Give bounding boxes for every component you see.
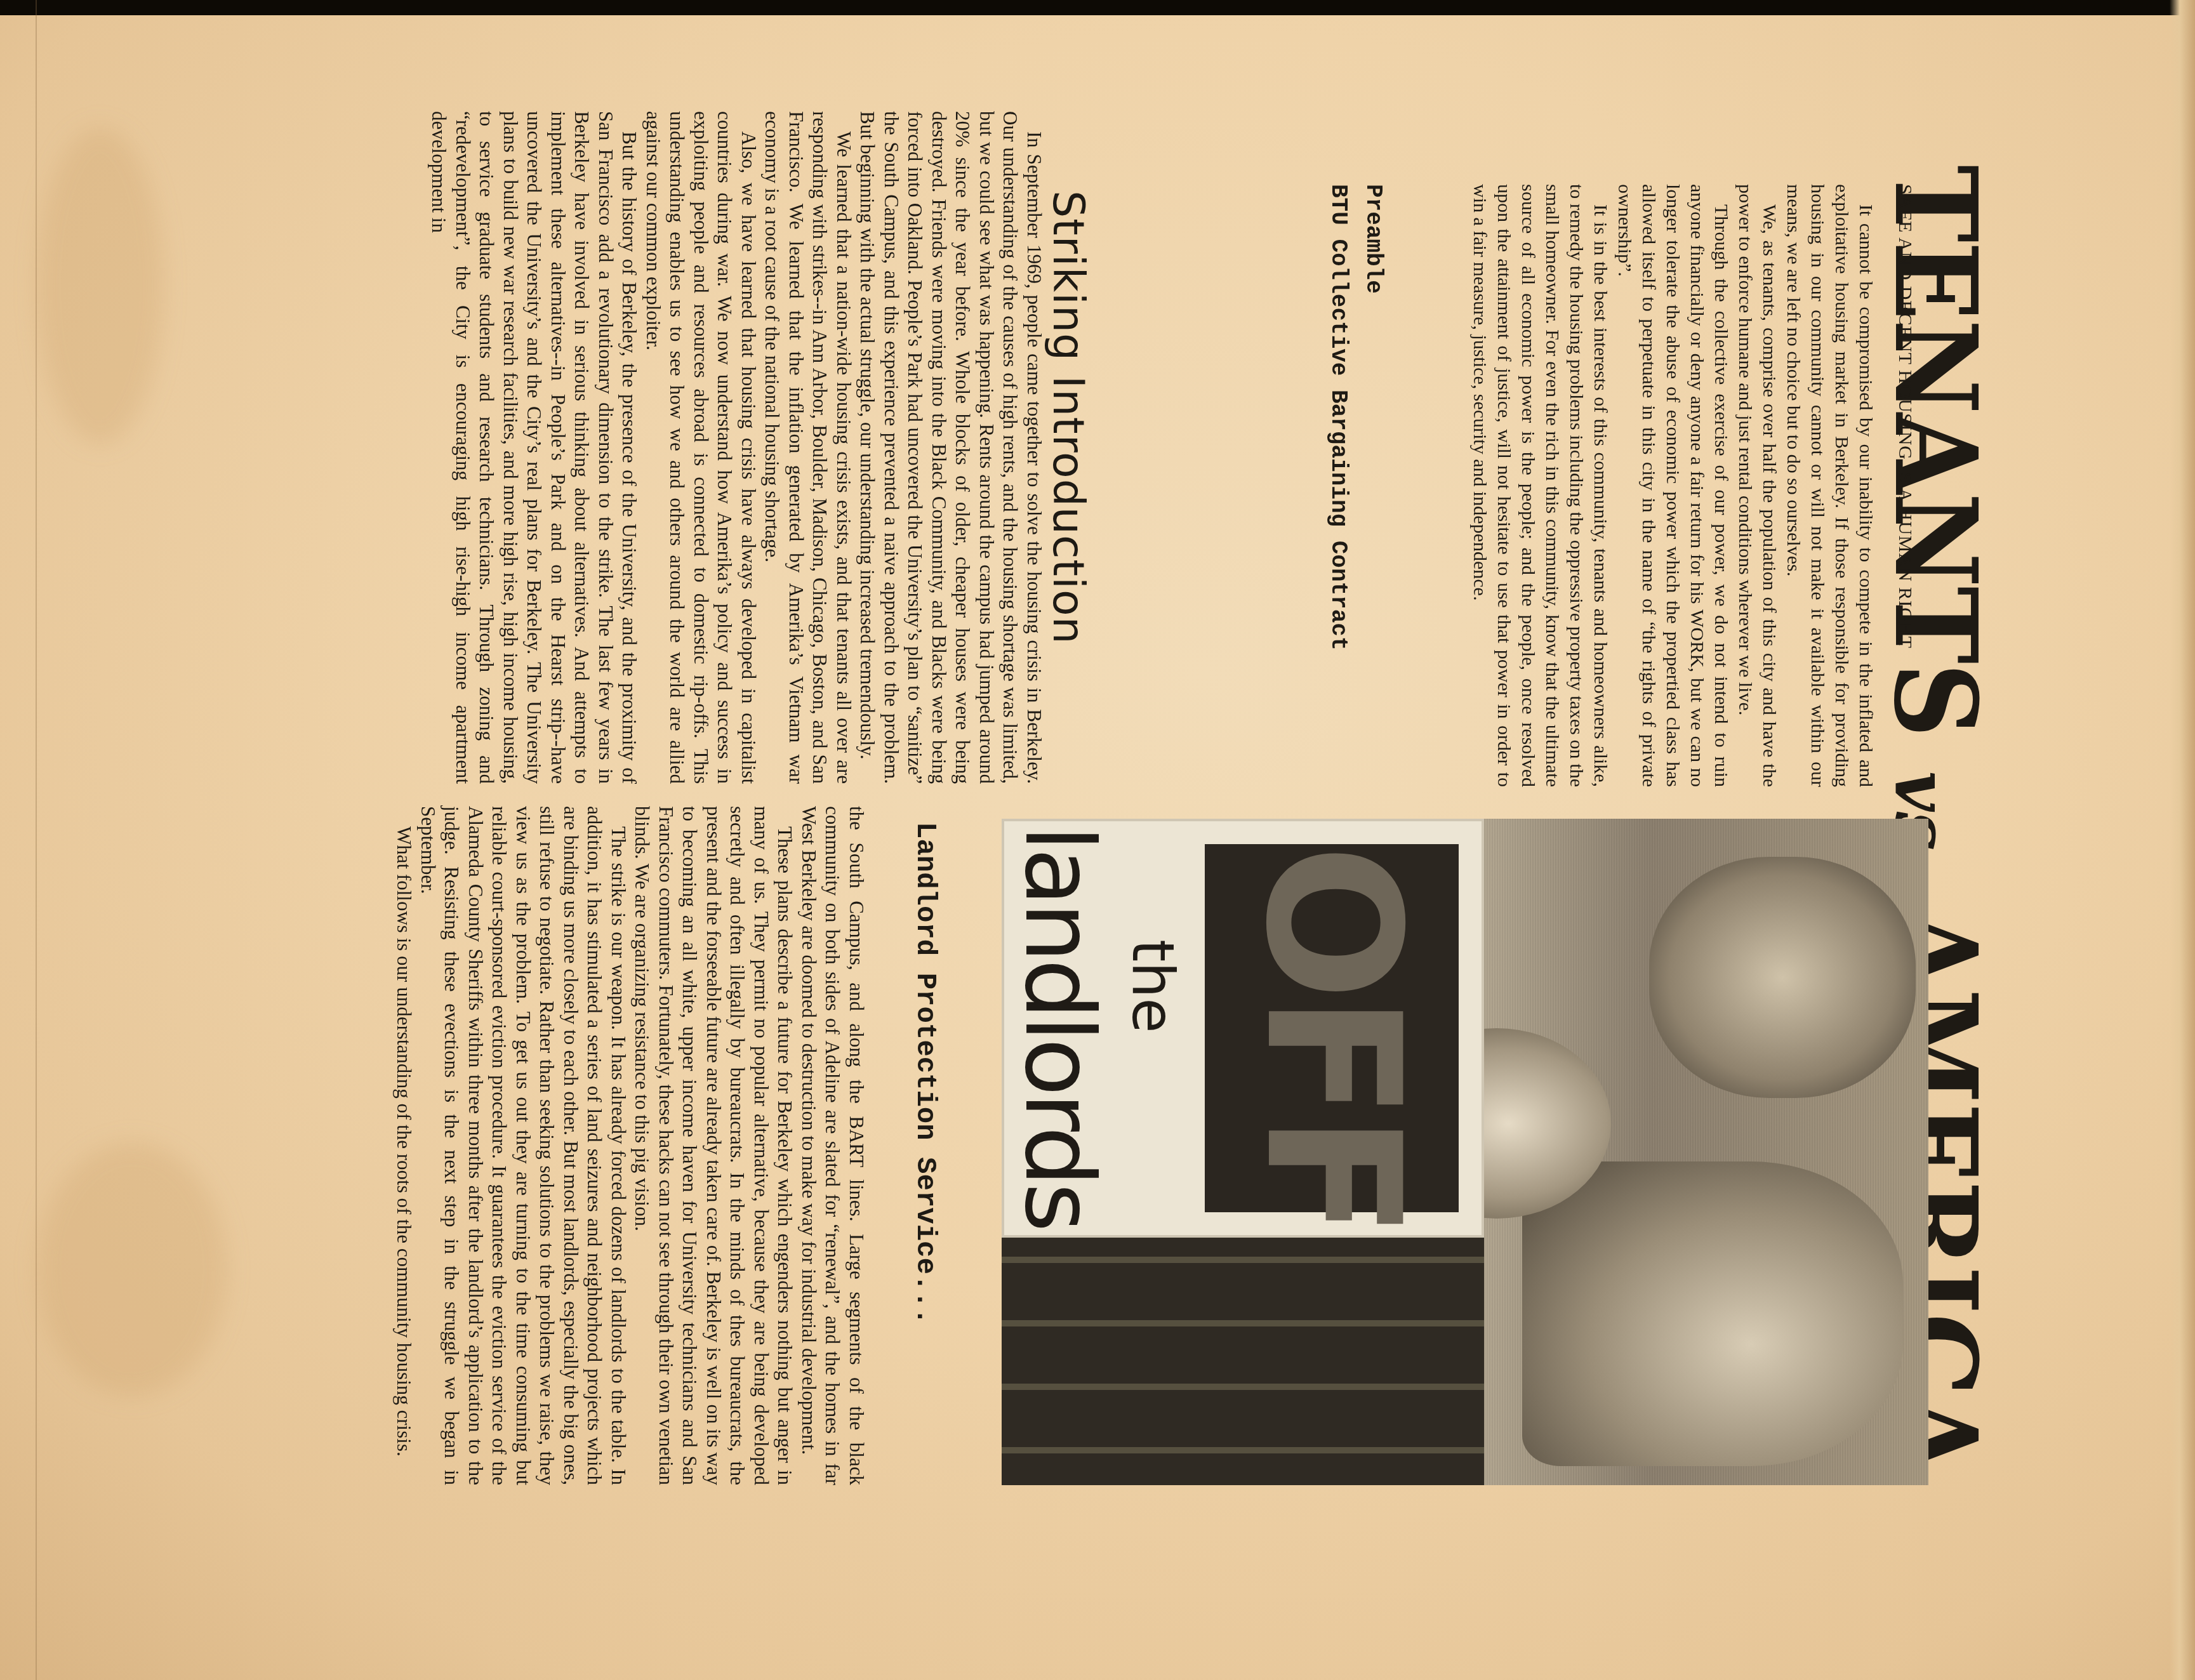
preamble-body: It cannot be compromised by our inabilit… [1468,184,1878,787]
contract-title: BTU Collective Bargaining Contract [1325,184,1351,651]
intro-paragraph: We learned that a nation-wide housing cr… [760,111,856,784]
photo-brick-wall [1002,1200,1484,1485]
preamble-paragraph: It is in the best interests of this comm… [1468,184,1612,787]
protest-photo: OFF the landlords [1002,819,1928,1485]
photo-officer-2 [1649,857,1916,1098]
sign-text-landlords: landlords [1008,825,1110,1229]
preamble-paragraph: Through the collective exercise of our p… [1612,184,1733,787]
landlord-paragraph: These plans describe a future for Berkel… [630,806,797,1485]
landlord-paragraph: What follows is our understanding of the… [392,806,416,1485]
landlord-protection-heading: Landlord Protection Service... [908,822,941,1325]
headline-part1: TENANTS [1869,165,2002,736]
scan-background: TENANTS vs. AMERICA SAFE AND DECENT HOUS… [0,0,2195,1680]
intro-paragraph: In September 1969, people came together … [856,111,1046,784]
intro-paragraph: But the history of Berkeley, the presenc… [427,111,642,784]
preamble-paragraph: It cannot be compromised by our inabilit… [1781,184,1878,787]
preamble-paragraph: We, as tenants, comprise over half the p… [1733,184,1781,787]
torn-edge [2170,0,2195,1680]
striking-introduction-heading: Striking Introduction [1042,190,1093,762]
page-edge-shadow [0,0,2195,15]
striking-introduction-body: In September 1969, people came together … [427,111,1046,784]
sign-text-off: OFF [1205,844,1459,1212]
sign-text-the: the [1119,939,1186,1033]
photo-officer-1 [1522,1161,1903,1466]
landlord-protection-body: the South Campus, and along the BART lin… [392,806,868,1485]
intro-paragraph: Also, we have learned that housing crisi… [642,111,761,784]
fold-line [36,0,37,1680]
paper-stain [37,1142,227,1396]
landlord-paragraph: the South Campus, and along the BART lin… [797,806,869,1485]
protest-sign: OFF the landlords [1002,819,1484,1238]
paper-stain [37,127,164,444]
landlord-paragraph: The strike is our weapon. It has already… [416,806,631,1485]
newspaper-page: TENANTS vs. AMERICA SAFE AND DECENT HOUS… [0,0,2195,1680]
preamble-heading: Preamble [1360,184,1386,294]
subheadline: SAFE AND DECENT HOUSING IS A HUMAN RIGHT [1894,184,1916,649]
